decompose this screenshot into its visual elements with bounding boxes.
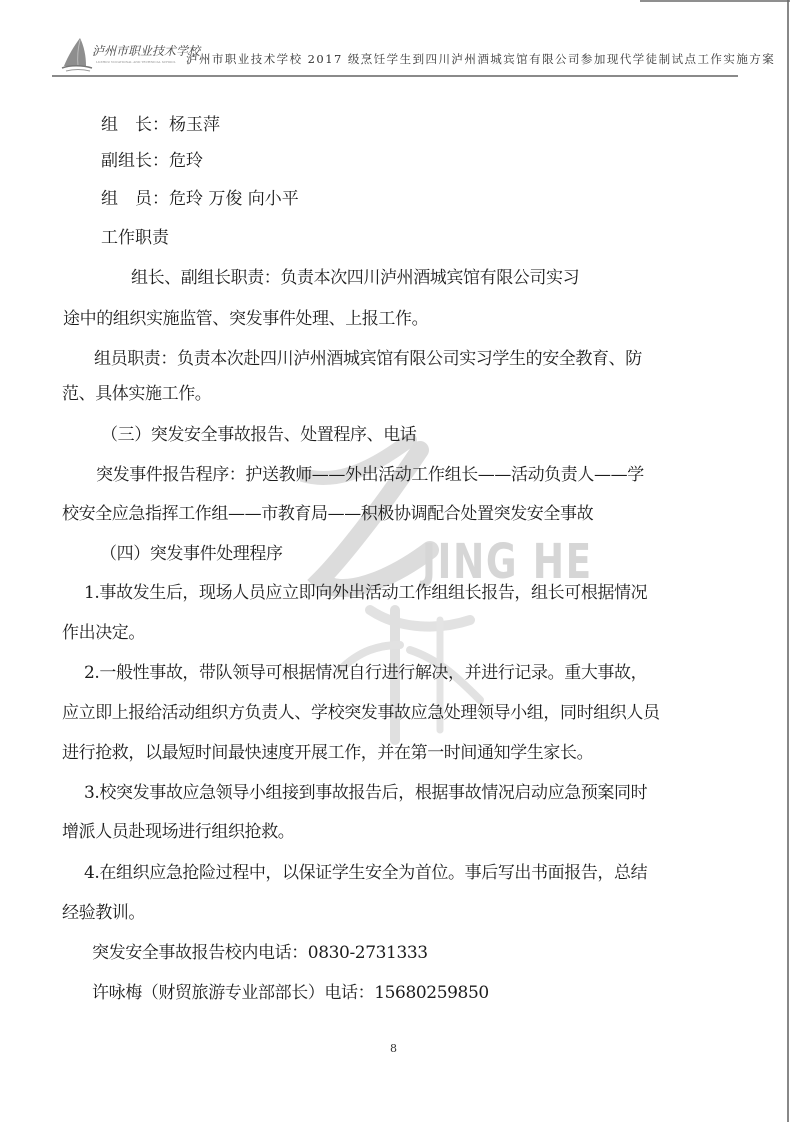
page-number: 8 [390,1042,397,1055]
item-2-line-1: 2.一般性事故，带队领导可根据情况自行进行解决，并进行记录。重大事故， [84,663,647,683]
leader-duty-line-2: 途中的组织实施监管、突发事件处理、上报工作。 [63,309,428,329]
leader-duty-line-1: 组长、副组长职责：负责本次四川泸州酒城宾馆有限公司实习 [131,268,579,288]
item-1-line-2: 作出决定。 [62,623,145,643]
deputy-leader-line: 副组长：危玲 [101,151,203,171]
item-2-line-2: 应立即上报给活动组织方负责人、学校突发事故应急处理领导小组，同时组织人员 [62,703,660,723]
item-1-line-1: 1.事故发生后，现场人员应立即向外出活动工作组组长报告，组长可根据情况 [84,583,647,603]
item-4-line-2: 经验教训。 [62,903,145,923]
document-header-title: 泸州市职业技术学校 2017 级烹饪学生到四川泸州酒城宾馆有限公司参加现代学徒制… [186,51,775,67]
item-2-line-3: 进行抢救，以最短时间最快速度开展工作，并在第一时间通知学生家长。 [62,743,593,763]
page-header: 泸州市职业技术学校 LUZHOU VOCATIONAL AND TECHNICA… [52,34,738,76]
scan-right-edge [787,0,789,1122]
contact-person-phone: 许咏梅（财贸旅游专业部部长）电话：15680259850 [92,983,489,1003]
logo-calligraphy-text: 泸州市职业技术学校 [92,42,200,59]
header-divider [52,75,738,77]
item-3-line-2: 增派人员赴现场进行组织抢救。 [62,822,294,842]
member-duty-line-2: 范、具体实施工作。 [62,384,211,404]
sail-logo-icon [60,36,94,72]
school-emergency-phone: 突发安全事故报告校内电话：0830-2731333 [92,943,428,963]
group-leader-line: 组 长：杨玉萍 [101,115,220,135]
item-4-line-1: 4.在组织应急抢险过程中，以保证学生安全为首位。事后写出书面报告，总结 [84,863,647,883]
duties-heading: 工作职责 [101,228,169,248]
logo-english-subtext: LUZHOU VOCATIONAL AND TECHNICAL SCHOOL [96,60,176,64]
members-line: 组 员：危玲 万俊 向小平 [101,189,299,209]
document-page: 泸州市职业技术学校 LUZHOU VOCATIONAL AND TECHNICA… [0,0,793,1122]
report-procedure-line-2: 校安全应急指挥工作组——市教育局——积极协调配合处置突发安全事故 [62,504,593,524]
member-duty-line-1: 组员职责：负责本次赴四川泸州酒城宾馆有限公司实习学生的安全教育、防 [94,349,642,369]
school-logo: 泸州市职业技术学校 LUZHOU VOCATIONAL AND TECHNICA… [60,34,190,74]
section-3-heading: （三）突发安全事故报告、处置程序、电话 [101,425,416,445]
report-procedure-line-1: 突发事件报告程序：护送教师——外出活动工作组长——活动负责人——学 [96,465,644,485]
scan-top-edge [640,0,790,2]
section-4-heading: （四）突发事件处理程序 [100,544,283,564]
item-3-line-1: 3.校突发事故应急领导小组接到事故报告后，根据事故情况启动应急预案同时 [84,783,647,803]
watermark-text: JING HE [422,534,593,590]
